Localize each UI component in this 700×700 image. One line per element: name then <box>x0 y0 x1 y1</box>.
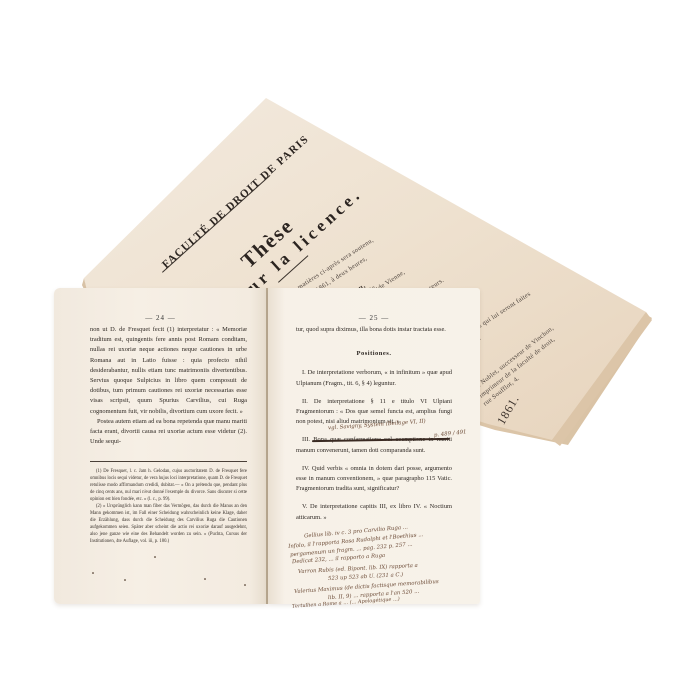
page-number-25: — 25 — <box>268 314 480 322</box>
footnotes: (1) De Fresquet, l. c. Jam h. Gelodan, c… <box>90 468 247 545</box>
foxing-spot <box>244 584 246 586</box>
footnote-2: (2) « Ursprünglich kann man fiber das Ve… <box>90 503 247 545</box>
position-1: I. De interpretatione verborum, « in inf… <box>296 368 452 388</box>
left-page-24: — 24 — non ut D. de Fresquet fecit (1) i… <box>54 288 267 604</box>
foxing-spot <box>92 572 94 574</box>
right-intro: tur, quod supra diximus, illa bona dotis… <box>296 325 452 335</box>
right-page-25: — 25 — tur, quod supra diximus, illa bon… <box>268 288 480 604</box>
foxing-spot <box>204 578 206 580</box>
positions-heading: Positiones. <box>296 349 452 359</box>
left-page-body: non ut D. de Fresquet fecit (1) interpre… <box>90 325 247 447</box>
footnote-divider <box>90 461 247 462</box>
open-booklet: — 24 — non ut D. de Fresquet fecit (1) i… <box>54 288 486 610</box>
position-5: V. De interpretatione capitis III, ex li… <box>296 502 452 522</box>
foxing-spot <box>154 556 156 558</box>
position-4: IV. Quid verbis « omnia in dotem dari po… <box>296 464 452 495</box>
footnote-1: (1) De Fresquet, l. c. Jam h. Gelodan, c… <box>90 468 247 503</box>
left-paragraph-1: non ut D. de Fresquet fecit (1) interpre… <box>90 325 247 417</box>
page-number-24: — 24 — <box>54 314 267 322</box>
left-paragraph-2: Postea autem etiam ad ea bona repetenda … <box>90 417 247 448</box>
foxing-spot <box>124 579 126 581</box>
